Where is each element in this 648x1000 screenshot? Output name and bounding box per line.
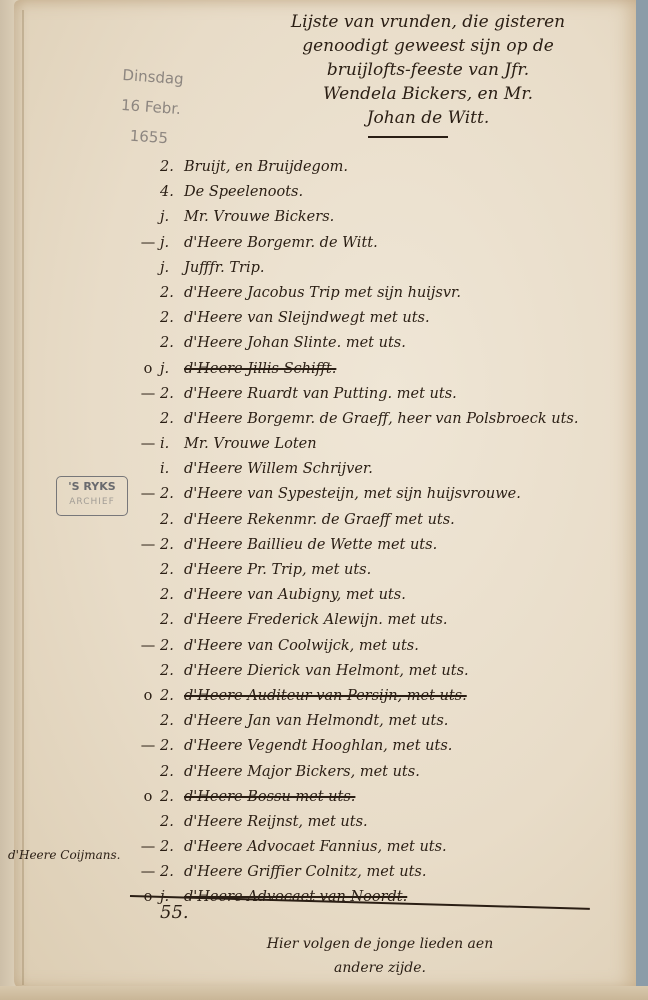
guest-entry: —2.d'Heere Vegendt Hooghlan, met uts.: [160, 734, 630, 759]
guest-entry: 2.d'Heere Major Bickers, met uts.: [160, 760, 630, 785]
margin-tick-mark: —: [140, 382, 156, 407]
guest-name: Mr. Vrouwe Loten: [184, 436, 317, 452]
guest-name: d'Heere van Coolwijck, met uts.: [184, 638, 419, 654]
guest-entry: i.d'Heere Willem Schrijver.: [160, 457, 630, 482]
footer-note: Hier volgen de jonge lieden aen andere z…: [230, 932, 530, 980]
guest-entry: 2.d'Heere Borgemr. de Graeff, heer van P…: [160, 407, 630, 432]
guest-entry: 4.De Speelenoots.: [160, 180, 630, 205]
guest-count: 2.: [160, 508, 184, 533]
guest-count: 2.: [160, 734, 184, 759]
pencil-date-note: Dinsdag 16 Febr. 1655: [93, 58, 209, 155]
guest-count: 4.: [160, 180, 184, 205]
guest-count: 2.: [160, 407, 184, 432]
guest-entry: —2.d'Heere van Sypesteijn, met sijn huij…: [160, 482, 630, 507]
guest-count: 2.: [160, 558, 184, 583]
footer-line: andere zijde.: [230, 956, 530, 980]
heading-line: Johan de Witt.: [228, 106, 628, 130]
guest-name: d'Heere Borgemr. de Witt.: [184, 235, 378, 251]
guest-name: d'Heere Pr. Trip, met uts.: [184, 562, 371, 578]
guest-count: 2.: [160, 785, 184, 810]
page-bottom-edge: [0, 986, 648, 1000]
guest-name: d'Heere Dierick van Helmont, met uts.: [184, 663, 469, 679]
guest-entry: o2.d'Heere Bossu met uts.: [160, 785, 630, 810]
guest-count: 2.: [160, 583, 184, 608]
photo-backdrop-right: [636, 0, 648, 1000]
guest-entry: —2.d'Heere van Coolwijck, met uts.: [160, 634, 630, 659]
guest-name: De Speelenoots.: [184, 184, 303, 200]
guest-entry: 2.d'Heere van Sleijndwegt met uts.: [160, 306, 630, 331]
guest-entry: 2.d'Heere Jacobus Trip met sijn huijsvr.: [160, 281, 630, 306]
guest-count: 2.: [160, 760, 184, 785]
guest-count: 2.: [160, 306, 184, 331]
guest-name: d'Heere Bossu met uts.: [184, 789, 355, 805]
heading-line: genoodigt geweest sijn op de: [228, 34, 628, 58]
guest-entry: o2.d'Heere Auditeur van Persijn, met uts…: [160, 684, 630, 709]
guest-name: d'Heere Jillis Schifft.: [184, 361, 336, 377]
guest-entry: —2.d'Heere Baillieu de Wette met uts.: [160, 533, 630, 558]
guest-name: Mr. Vrouwe Bickers.: [184, 209, 334, 225]
margin-tick-mark: —: [140, 860, 156, 885]
guest-entry: —2.d'Heere Advocaet Fannius, met uts.: [160, 835, 630, 860]
page-fold-line: [22, 10, 24, 985]
guest-name: Jufffr. Trip.: [184, 260, 264, 276]
guest-list: 2.Bruijt, en Bruijdegom.4.De Speelenoots…: [160, 155, 630, 911]
archive-stamp: 'S RYKS ARCHIEF: [56, 476, 128, 516]
guest-name: d'Heere van Aubigny, met uts.: [184, 587, 406, 603]
margin-tick-mark: —: [140, 432, 156, 457]
guest-entry: —i.Mr. Vrouwe Loten: [160, 432, 630, 457]
guest-name: d'Heere Advocaet Fannius, met uts.: [184, 839, 447, 855]
guest-entry: 2.Bruijt, en Bruijdegom.: [160, 155, 630, 180]
guest-entry: 2.d'Heere Jan van Helmondt, met uts.: [160, 709, 630, 734]
guest-name: d'Heere Borgemr. de Graeff, heer van Pol…: [184, 411, 578, 427]
guest-name: d'Heere van Sleijndwegt met uts.: [184, 310, 430, 326]
heading-line: Wendela Bickers, en Mr.: [228, 82, 628, 106]
guest-entry: —j.d'Heere Borgemr. de Witt.: [160, 231, 630, 256]
guest-entry: 2.d'Heere Frederick Alewijn. met uts.: [160, 608, 630, 633]
margin-tick-mark: —: [140, 734, 156, 759]
guest-count: i.: [160, 432, 184, 457]
guest-count: 2.: [160, 709, 184, 734]
guest-entry: 2.d'Heere Pr. Trip, met uts.: [160, 558, 630, 583]
guest-count: j.: [160, 357, 184, 382]
guest-count: 2.: [160, 608, 184, 633]
margin-tick-mark: o: [140, 885, 156, 910]
guest-name: d'Heere Baillieu de Wette met uts.: [184, 537, 437, 553]
margin-tick-mark: o: [140, 357, 156, 382]
guest-entry: 2.d'Heere Dierick van Helmont, met uts.: [160, 659, 630, 684]
heading-line: Lijste van vrunden, die gisteren: [228, 10, 628, 34]
margin-tick-mark: —: [140, 634, 156, 659]
guest-name: d'Heere Willem Schrijver.: [184, 461, 373, 477]
guest-count: 2.: [160, 281, 184, 306]
guest-entry: j.Jufffr. Trip.: [160, 256, 630, 281]
heading-line: bruijlofts-feeste van Jfr.: [228, 58, 628, 82]
guest-total: 55.: [160, 902, 189, 923]
guest-name: Bruijt, en Bruijdegom.: [184, 159, 348, 175]
guest-count: 2.: [160, 482, 184, 507]
guest-name: d'Heere Ruardt van Putting. met uts.: [184, 386, 457, 402]
guest-entry: —2.d'Heere Griffier Colnitz, met uts.: [160, 860, 630, 885]
guest-name: d'Heere Major Bickers, met uts.: [184, 764, 420, 780]
guest-entry: 2.d'Heere Johan Slinte. met uts.: [160, 331, 630, 356]
margin-tick-mark: —: [140, 835, 156, 860]
margin-tick-mark: o: [140, 785, 156, 810]
footer-line: Hier volgen de jonge lieden aen: [230, 932, 530, 956]
guest-name: d'Heere Frederick Alewijn. met uts.: [184, 612, 448, 628]
guest-entry: —2.d'Heere Ruardt van Putting. met uts.: [160, 382, 630, 407]
margin-note: d'Heere Coijmans.: [8, 848, 121, 862]
guest-count: 2.: [160, 331, 184, 356]
guest-entry: 2.d'Heere van Aubigny, met uts.: [160, 583, 630, 608]
guest-count: 2.: [160, 835, 184, 860]
document-heading: Lijste van vrunden, die gisteren genoodi…: [228, 10, 628, 130]
guest-count: 2.: [160, 684, 184, 709]
guest-name: d'Heere Rekenmr. de Graeff met uts.: [184, 512, 455, 528]
guest-entry: j.Mr. Vrouwe Bickers.: [160, 205, 630, 230]
guest-count: 2.: [160, 533, 184, 558]
stamp-line-1: 'S RYKS: [57, 479, 127, 495]
guest-count: 2.: [160, 382, 184, 407]
guest-count: 2.: [160, 860, 184, 885]
margin-tick-mark: —: [140, 482, 156, 507]
guest-count: j.: [160, 205, 184, 230]
guest-name: d'Heere van Sypesteijn, met sijn huijsvr…: [184, 486, 521, 502]
guest-count: 2.: [160, 810, 184, 835]
guest-name: d'Heere Griffier Colnitz, met uts.: [184, 864, 427, 880]
guest-name: d'Heere Jan van Helmondt, met uts.: [184, 713, 448, 729]
stamp-line-2: ARCHIEF: [57, 495, 127, 509]
guest-name: d'Heere Jacobus Trip met sijn huijsvr.: [184, 285, 461, 301]
guest-name: d'Heere Reijnst, met uts.: [184, 814, 368, 830]
margin-tick-mark: —: [140, 533, 156, 558]
heading-underline: [368, 136, 448, 138]
guest-count: 2.: [160, 155, 184, 180]
margin-tick-mark: —: [140, 231, 156, 256]
guest-entry: oj.d'Heere Jillis Schifft.: [160, 357, 630, 382]
guest-name: d'Heere Auditeur van Persijn, met uts.: [184, 688, 467, 704]
guest-count: j.: [160, 256, 184, 281]
guest-count: j.: [160, 231, 184, 256]
guest-entry: 2.d'Heere Reijnst, met uts.: [160, 810, 630, 835]
guest-name: d'Heere Johan Slinte. met uts.: [184, 335, 406, 351]
margin-tick-mark: o: [140, 684, 156, 709]
guest-count: i.: [160, 457, 184, 482]
guest-count: 2.: [160, 659, 184, 684]
guest-name: d'Heere Vegendt Hooghlan, met uts.: [184, 738, 452, 754]
guest-count: 2.: [160, 634, 184, 659]
guest-entry: 2.d'Heere Rekenmr. de Graeff met uts.: [160, 508, 630, 533]
